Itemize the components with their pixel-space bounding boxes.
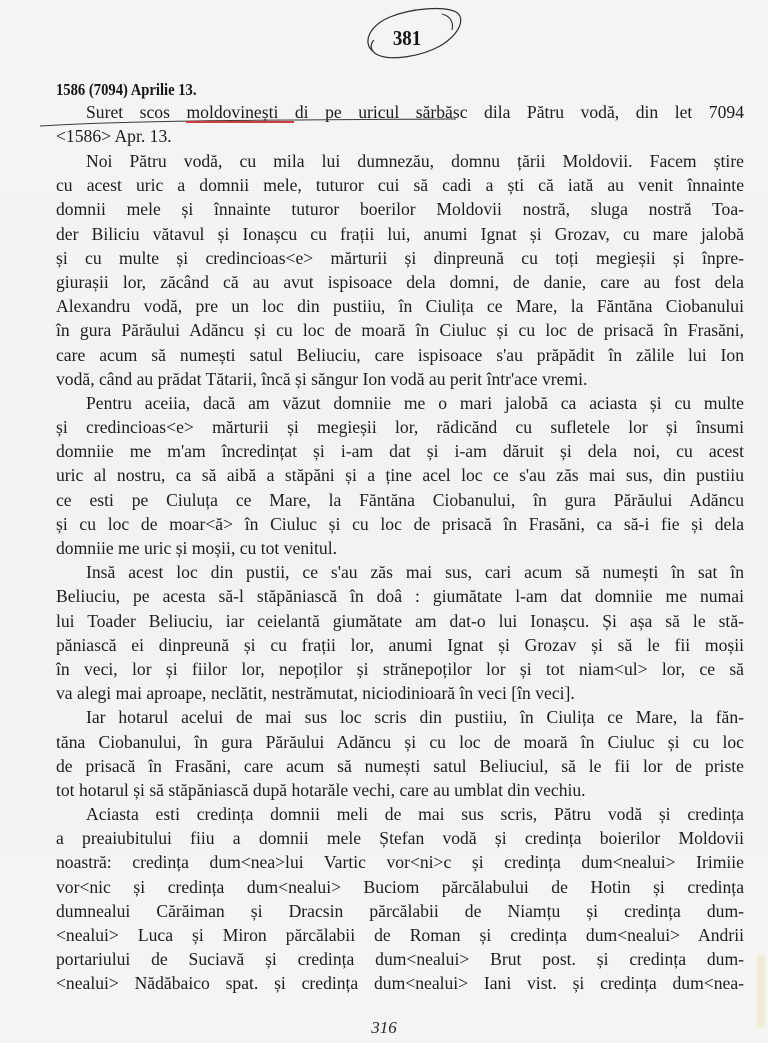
body-line: Beliuciu, pe acesta să-l stăpăniască în …: [56, 584, 744, 608]
body-line: giurașii lor, zăcând că au avut ispisoac…: [56, 270, 744, 294]
body-line: tăna Ciobanului, în gura Părăului Adăncu…: [56, 730, 744, 754]
body-line: Pentru aceiia, dacă am văzut domniie me …: [56, 391, 744, 415]
body-line: Iar hotarul acelui de mai sus loc scris …: [56, 705, 744, 729]
red-underline-highlight: [186, 121, 294, 123]
body-line: dumnealui Cărăiman și Dracsin părcălabii…: [56, 899, 744, 923]
body-line: lui Toader Beliuciu, iar ceielantă giumă…: [56, 609, 744, 633]
body-line: și cu loc de moar<ă> în Ciuluc și cu loc…: [56, 512, 744, 536]
body-line: Alexandru vodă, pre un loc din pustiiu, …: [56, 294, 744, 318]
body-line: der Biliciu vătavul și Ionașcu cu frații…: [56, 222, 744, 246]
body-line: portariului de Suciavă și credința dum<n…: [56, 947, 744, 971]
body-line: Insă acest loc din pustii, ce s'au zăs m…: [56, 560, 744, 584]
body-line: și cu multe și credincioas<e> mărturii ș…: [56, 246, 744, 270]
body-line: de prisacă în Frasăni, care acum să nume…: [56, 754, 744, 778]
body-line: tot hotarul și să stăpăniască după hotar…: [56, 778, 744, 802]
body-line: care acum să numești satul Beliuciu, car…: [56, 343, 744, 367]
body-line: domniie me m'am încredințat și i-am dat …: [56, 439, 744, 463]
body-line: în gura Părăului Adăncu și cu loc de moa…: [56, 318, 744, 342]
page-number: 316: [0, 1018, 768, 1038]
body-line: va alegi mai aproape, neclătit, nestrămu…: [56, 681, 744, 705]
body-line: în veci, lor și fiilor lor, nepoților și…: [56, 657, 744, 681]
body-line: Aciasta esti credința domnii meli de mai…: [56, 802, 744, 826]
body-line: și credincioas<e> mărturii și megieșii l…: [56, 415, 744, 439]
body-line: Noi Pătru vodă, cu mila lui dumnezău, do…: [56, 149, 744, 173]
archive-number-annotation: 381: [360, 4, 470, 62]
body-line: păniască ei dinpreună și cu frații lor, …: [56, 633, 744, 657]
body-line: domniie me uric și moșii, cu tot venitul…: [56, 536, 744, 560]
document-body: Noi Pătru vodă, cu mila lui dumnezău, do…: [56, 149, 744, 996]
body-line: domnii mele și înnainte tuturor boerilor…: [56, 197, 744, 221]
body-line: vodă, când au prădat Tătarii, încă și să…: [56, 367, 744, 391]
document-date-heading: 1586 (7094) Aprilie 13.: [56, 80, 197, 100]
body-line: <nealui> Luca și Miron părcălabii de Rom…: [56, 923, 744, 947]
document-page: 381 1586 (7094) Aprilie 13. Suret scos m…: [0, 0, 768, 1043]
body-line: noastră: credința dum<nea>lui Vartic vor…: [56, 850, 744, 874]
body-line: a preaiubitului fiiu a domnii mele Ștefa…: [56, 826, 744, 850]
body-line: cu acest uric a domnii mele, tuturor cui…: [56, 173, 744, 197]
archive-number: 381: [385, 26, 430, 51]
body-line: <nealui> Nădăbaico spat. și credința dum…: [56, 971, 744, 995]
body-line: vor<nic și credința dum<nealui> Buciom p…: [56, 875, 744, 899]
body-line: uric al nostru, ca să aibă a stăpăni și …: [56, 463, 744, 487]
body-line: ce esti pe Ciuluța ce Mare, la Făntăna C…: [56, 488, 744, 512]
watermark-strip: [757, 955, 765, 1027]
